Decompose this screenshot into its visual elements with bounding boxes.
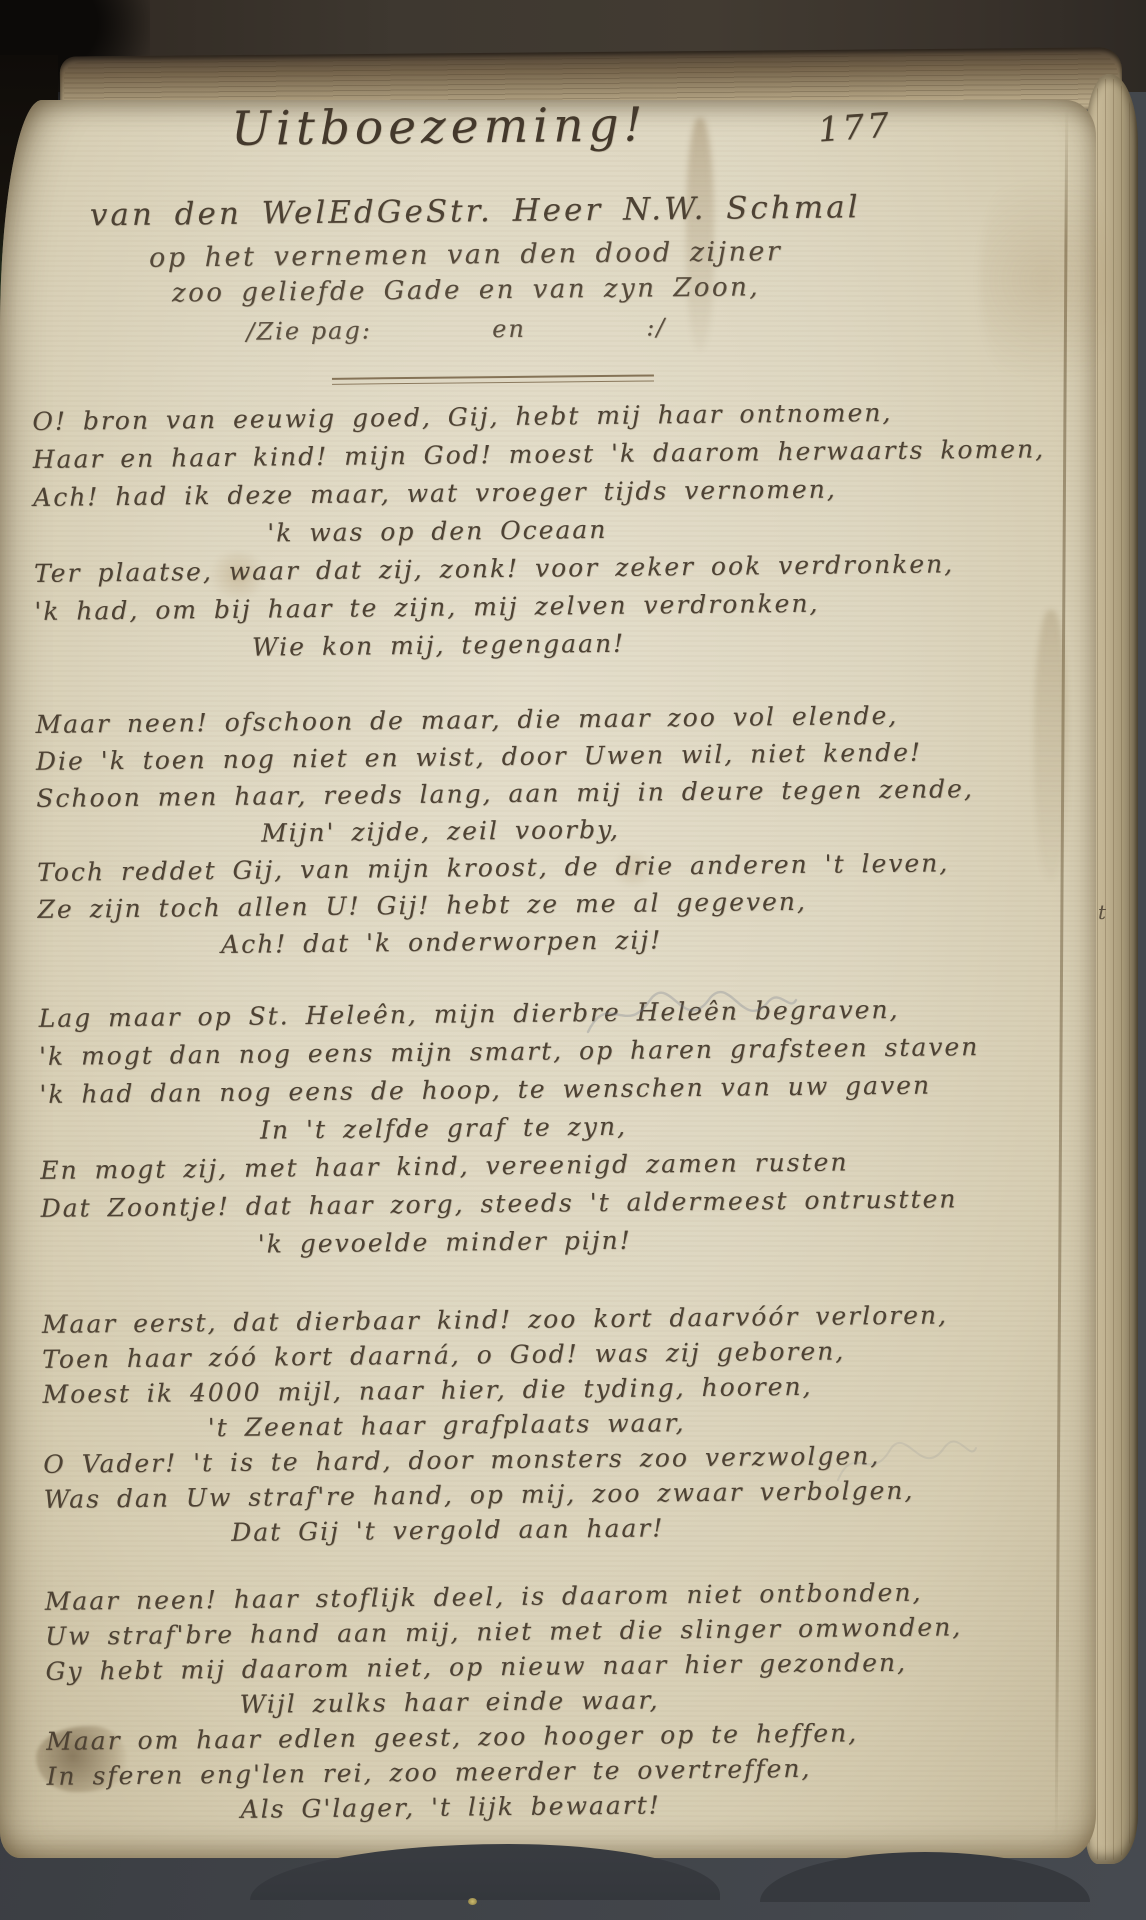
poem-line: Ach! dat 'k onderworpen zij! [38, 923, 846, 968]
stanza-2: Maar neen! ofschoon de maar, die maar zo… [35, 700, 988, 969]
reference-open: /Zie pag: [246, 316, 372, 345]
poem-line: Dat Gij 't vergold aan haar! [44, 1511, 852, 1554]
stanza-3: Lag maar op St. Heleên, mijn dierbre Hel… [38, 994, 991, 1270]
reference-mid: en [492, 315, 526, 343]
poem-line: Wie kon mij, tegengaan! [35, 626, 843, 672]
page-reference-line: /Zie pag: en :/ [246, 313, 666, 345]
dedication-line: op het vernemen van den dood zijner [91, 235, 841, 274]
reference-close: :/ [646, 313, 666, 341]
handwritten-content: Uitboezeming! van den WelEdGeStr. Heer N… [28, 0, 998, 1874]
divider-rule [332, 374, 654, 384]
dedication-line: zoo geliefde Gade en van zyn Zoon, [131, 272, 801, 309]
dust-speck [468, 1898, 477, 1905]
poem-title: Uitboezeming! [149, 97, 730, 158]
poem-line: Als G'lager, 't lijk bewaart! [47, 1788, 855, 1831]
manuscript-scan: 177 Uitboezeming! van den WelEdGeStr. He… [0, 0, 1146, 1920]
poem-line: 'k gevoelde minder pijn! [41, 1223, 849, 1269]
stanza-5: Maar neen! haar stoflijk deel, is daarom… [45, 1577, 998, 1832]
stanza-1: O! bron van eeuwig goed, Gij, hebt mij h… [32, 397, 985, 673]
stanza-4: Maar eerst, dat dierbaar kind! zoo kort … [42, 1300, 995, 1555]
dedication-line: van den WelEdGeStr. Heer N.W. Schmal [30, 189, 920, 234]
margin-ink-mark: t [1098, 900, 1106, 924]
